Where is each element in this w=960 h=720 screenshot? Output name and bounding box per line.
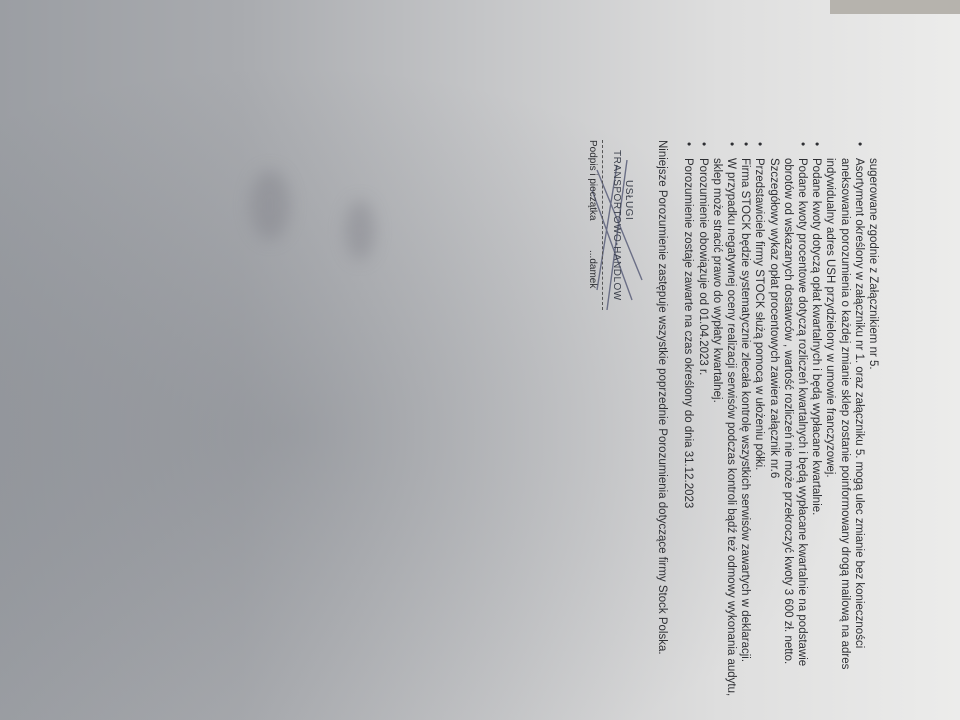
bullet-item: •Asortyment określony w załączniku nr 1.… — [823, 140, 866, 700]
signature-label: Podpis i pieczątka — [585, 140, 599, 221]
signature-name: ...damek — [585, 250, 599, 288]
smudge — [345, 200, 375, 260]
bullet-icon: • — [695, 142, 709, 146]
bullet-item: •Podane kwoty dotyczą opłat kwartalnych … — [809, 140, 823, 700]
bullet-item: •Podane kwoty procentowe dotyczą rozlicz… — [781, 140, 809, 700]
text-line: Szczegółowy wykaz opłat procentowych zaw… — [766, 140, 780, 700]
stamp-line-2: TRANSPORTOWO-HANDLOW — [609, 150, 623, 301]
bullet-icon: • — [681, 142, 695, 146]
bullet-icon: • — [852, 142, 866, 146]
bullet-item: •Porozumienie zostaje zawarte na czas ok… — [681, 140, 695, 700]
signature-line — [602, 140, 603, 310]
text-line: sugerowane zgodnie z Załącznikiem nr 5. — [866, 140, 880, 700]
bullet-icon: • — [809, 142, 823, 146]
bullet-item: •Porozumienie obowiązuje od 01.04.2023 r… — [695, 140, 709, 700]
bullet-item: •Przedstawiciele firmy STOCK służą pomoc… — [752, 140, 766, 700]
smudge — [250, 170, 290, 240]
bullet-icon: • — [795, 142, 809, 146]
bullet-icon: • — [738, 142, 752, 146]
document-page: sugerowane zgodnie z Załącznikiem nr 5.•… — [580, 140, 880, 700]
bullet-item: •W przypadku negatywnej oceny realizacji… — [710, 140, 738, 700]
bullet-item: •Firma STOCK będzie systematycznie zleca… — [738, 140, 752, 700]
bullet-icon: • — [724, 142, 738, 146]
page-edge — [830, 0, 960, 14]
signature-block: USŁUGI TRANSPORTOWO-HANDLOW Podpis i pie… — [577, 140, 637, 380]
bullet-icon: • — [752, 142, 766, 146]
closing-statement: Niniejsze Porozumienie zastępuje wszystk… — [655, 140, 669, 700]
agreement-body: sugerowane zgodnie z Załącznikiem nr 5.•… — [681, 140, 880, 700]
